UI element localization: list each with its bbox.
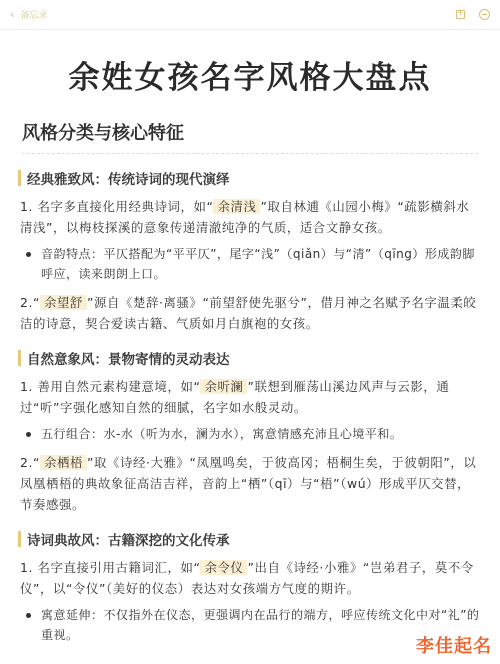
paragraph: 1. 名字多直接化用经典诗词，如“余清浅”取自林逋《山园小梅》“疏影横斜水清浅”… <box>20 196 480 238</box>
add-square-icon[interactable] <box>456 10 465 19</box>
top-bar: ‹ 备忘录 <box>0 0 500 30</box>
highlighted-name: 余清浅 <box>213 199 260 214</box>
back-button[interactable]: ‹ 备忘录 <box>10 8 47 21</box>
bullet-item: 音韵特点：平仄搭配为“平平仄”，尾字“浅”（qiǎn）与“清”（qīng）形成韵… <box>26 244 480 284</box>
highlighted-name: 余栖梧 <box>40 455 87 470</box>
subsection-heading: 诗词典故风：古籍深挖的文化传承 <box>18 529 482 549</box>
more-circle-icon[interactable] <box>479 9 490 20</box>
subsection-heading: 自然意象风：景物寄情的灵动表达 <box>18 348 482 368</box>
paragraph: 2.“余望舒”源自《楚辞·离骚》“前望舒使先驱兮”，借月神之名赋予名字温柔皎洁的… <box>20 292 480 334</box>
highlighted-name: 余令仪 <box>200 560 247 575</box>
highlighted-name: 余听澜 <box>200 379 247 394</box>
back-chevron-icon: ‹ <box>10 8 14 21</box>
bullet-dot-icon <box>26 432 31 437</box>
paragraph: 1. 善用自然元素构建意境，如“余听澜”联想到雁荡山溪边风声与云影，通过“听”字… <box>20 376 480 418</box>
paragraph: 2.“余栖梧”取《诗经·大雅》“凤凰鸣矣，于彼高冈；梧桐生矣，于彼朝阳”，以凤凰… <box>20 452 480 515</box>
highlighted-name: 余望舒 <box>40 295 87 310</box>
accent-bar <box>18 350 21 366</box>
subsection-heading: 经典雅致风：传统诗词的现代演绎 <box>18 168 482 188</box>
back-label: 备忘录 <box>20 8 47 21</box>
accent-bar <box>18 170 21 186</box>
paragraph: 1. 名字直接引用古籍词汇，如“余令仪”出自《诗经·小雅》“岂弟君子，莫不令仪”… <box>20 557 480 599</box>
watermark-logo: 李佳起名 <box>416 632 492 658</box>
bullet-item: 五行组合：水-水（听为水，澜为水），寓意情感充沛且心境平和。 <box>26 424 480 444</box>
page-title: 余姓女孩名字风格大盘点 <box>0 52 500 97</box>
accent-bar <box>18 531 21 547</box>
bullet-item: 寓意延伸：不仅指外在仪态，更强调内在品行的端方，呼应传统文化中对“礼”的重视。 <box>26 605 480 645</box>
section-title: 风格分类与核心特征 <box>22 119 478 154</box>
bullet-dot-icon <box>26 252 31 257</box>
bullet-dot-icon <box>26 613 31 618</box>
